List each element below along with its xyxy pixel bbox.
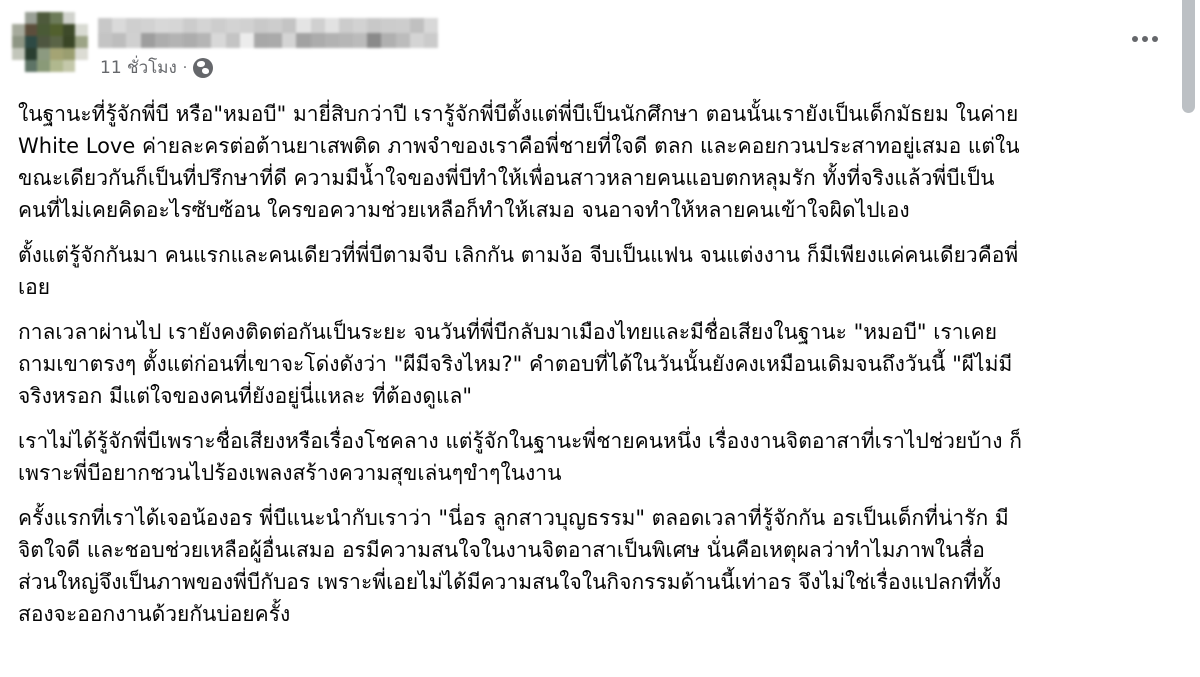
paragraph: ในฐานะที่รู้จักพี่บี หรือ"หมอบี" มายี่สิ… bbox=[18, 98, 1178, 226]
text-line: เพราะพี่บีอยากชวนไปร้องเพลงสร้างความสุขเ… bbox=[18, 457, 1178, 489]
text-line: ส่วนใหญ่จึงเป็นภาพของพี่บีกับอร เพราะพี่… bbox=[18, 566, 1178, 598]
more-horizontal-icon bbox=[1132, 36, 1138, 42]
text-line: สองจะออกงานด้วยกันบ่อยครั้ง bbox=[18, 598, 1178, 630]
text-line: ในฐานะที่รู้จักพี่บี หรือ"หมอบี" มายี่สิ… bbox=[18, 98, 1178, 130]
paragraph: ครั้งแรกที่เราได้เจอน้องอร พี่บีแนะนำกับ… bbox=[18, 502, 1178, 630]
post-meta: 11 ชั่วโมง · bbox=[100, 54, 213, 81]
text-line: เอย bbox=[18, 271, 1178, 303]
more-horizontal-icon bbox=[1142, 36, 1148, 42]
author-name-blurred[interactable] bbox=[98, 18, 438, 48]
globe-icon[interactable] bbox=[193, 58, 213, 78]
scrollbar-thumb[interactable] bbox=[1182, 0, 1195, 113]
more-horizontal-icon bbox=[1152, 36, 1158, 42]
vertical-scrollbar[interactable] bbox=[1180, 0, 1200, 677]
avatar[interactable] bbox=[12, 12, 88, 84]
text-line: จิตใจดี และชอบช่วยเหลือผู้อื่นเสมอ อรมีค… bbox=[18, 534, 1178, 566]
meta-separator: · bbox=[183, 60, 187, 76]
post-body: ในฐานะที่รู้จักพี่บี หรือ"หมอบี" มายี่สิ… bbox=[18, 98, 1178, 643]
text-line: ตั้งแต่รู้จักกันมา คนแรกและคนเดียวที่พี่… bbox=[18, 239, 1178, 271]
paragraph: เราไม่ได้รู้จักพี่บีเพราะชื่อเสียงหรือเร… bbox=[18, 425, 1178, 489]
text-line: White Love ค่ายละครต่อต้านยาเสพติด ภาพจำ… bbox=[18, 130, 1178, 162]
text-line: จริงหรอก มีแต่ใจของคนที่ยังอยู่นี่แหละ ท… bbox=[18, 380, 1178, 412]
paragraph: ตั้งแต่รู้จักกันมา คนแรกและคนเดียวที่พี่… bbox=[18, 239, 1178, 303]
paragraph: กาลเวลาผ่านไป เรายังคงติดต่อกันเป็นระยะ … bbox=[18, 316, 1178, 412]
more-options-button[interactable] bbox=[1132, 36, 1158, 42]
post-header: 11 ชั่วโมง · bbox=[0, 0, 1170, 90]
text-line: ขณะเดียวกันก็เป็นที่ปรึกษาที่ดี ความมีน้… bbox=[18, 162, 1178, 194]
text-line: กาลเวลาผ่านไป เรายังคงติดต่อกันเป็นระยะ … bbox=[18, 316, 1178, 348]
text-line: ครั้งแรกที่เราได้เจอน้องอร พี่บีแนะนำกับ… bbox=[18, 502, 1178, 534]
facebook-post: 11 ชั่วโมง · ในฐานะที่รู้จักพี่บี หรือ"ห… bbox=[0, 0, 1200, 677]
text-line: เราไม่ได้รู้จักพี่บีเพราะชื่อเสียงหรือเร… bbox=[18, 425, 1178, 457]
text-line: ถามเขาตรงๆ ตั้งแต่ก่อนที่เขาจะโด่งดังว่า… bbox=[18, 348, 1178, 380]
post-timestamp[interactable]: 11 ชั่วโมง bbox=[100, 54, 177, 81]
text-line: คนที่ไม่เคยคิดอะไรซับซ้อน ใครขอความช่วยเ… bbox=[18, 194, 1178, 226]
